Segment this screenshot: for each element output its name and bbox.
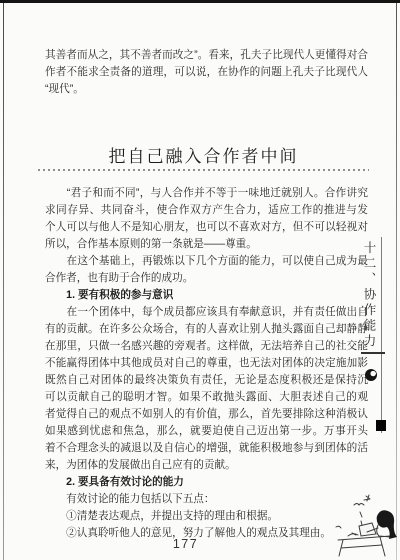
text-line: 作者不能求全责备的道理，可以说，在协作的问题上孔夫子比现代人更 [45, 64, 368, 81]
text-line: 合作者，也有助于合作的成功。 [45, 270, 368, 287]
chapter-tab-end-square [376, 420, 386, 431]
text-line: 着不合理念头的减退以及自信心的增强，就能积极地参与到团体的活动中 [45, 440, 368, 457]
chapter-tab-label: 十二、协作能力 [360, 241, 378, 353]
desk-figure-illustration [330, 489, 400, 560]
title-divider [38, 169, 369, 171]
text-line: 来，为团体的发展做出自己应有的贡献。 [45, 457, 368, 474]
moon-seal-icon [365, 369, 377, 381]
text-line: “现代”。 [45, 81, 368, 98]
text-line: ①清楚表达观点，并提出支持的理由和根据。 [45, 508, 368, 525]
intro-paragraph: 其善者而从之，其不善者而改之”。看来，孔夫子比现代人更懂得对合作者不能求全责备的… [45, 47, 368, 98]
scan-border-right [396, 3, 397, 560]
text-line: 在一个团体中，每个成员都应该具有奉献意识，并有责任做出自己应 [45, 304, 368, 321]
chapter-tab-line [381, 237, 382, 433]
scan-border-top [0, 0, 400, 3]
text-line: 有效讨论的能力包括以下五点： [45, 491, 368, 508]
text-line: 在这个基础上，再锻炼以下几个方面的能力，可以使自己成为最好的 [45, 253, 368, 270]
text-line: 可以贡献自己的聪明才智。如果不敢抛头露面、大胆表述自己的观点，或 [45, 389, 368, 406]
subheading-line: 1. 要有积极的参与意识 [45, 287, 368, 304]
text-line: 其善者而从之，其不善者而改之”。看来，孔夫子比现代人更懂得对合 [45, 47, 368, 64]
text-line: 所以，合作基本原则的第一条就是——尊重。 [45, 236, 368, 253]
book-page: 其善者而从之，其不善者而改之”。看来，孔夫子比现代人更懂得对合作者不能求全责备的… [0, 0, 400, 560]
text-line: 有的贡献。在许多公众场合，有的人喜欢让别人抛头露面自己却静静地坐 [45, 321, 368, 338]
subheading-line: 2. 要具备有效讨论的能力 [45, 474, 368, 491]
scan-border-left [3, 3, 4, 560]
text-line: 在那里，只做一名感兴趣的旁观者。这样做，无法培养自己的社交能力， [45, 338, 368, 355]
chapter-tab-dash [361, 352, 385, 354]
text-line: 既然自己对团体的最终决策负有责任，无论是态度积极还是保持沉默，都 [45, 372, 368, 389]
text-line: 如果感到忧虑和焦急，那么，就要迫使自己迈出第一步。万事开头难，随 [45, 423, 368, 440]
body-text: “君子和而不同”，与人合作并不等于一味地迁就别人。合作讲究的是求同存异、共同奋斗… [45, 185, 368, 542]
text-line: 求同存异、共同奋斗，使合作双方产生合力，适应工作的推进与发展。一 [45, 202, 368, 219]
page-number: 177 [20, 537, 351, 551]
text-line: 不能赢得团体中其他成员对自己的尊重，也无法对团体的决定施加影响。 [45, 355, 368, 372]
text-line: 者觉得自己的观点不如别人的有价值，那么，首先要排除这种消极认识； [45, 406, 368, 423]
text-line: 个人可以与他人不是知心朋友，也可以不喜欢对方，但不可以轻视对方。 [45, 219, 368, 236]
text-line: “君子和而不同”，与人合作并不等于一味地迁就别人。合作讲究的是 [45, 185, 368, 202]
section-title: 把自己融入合作者中间 [38, 142, 369, 167]
